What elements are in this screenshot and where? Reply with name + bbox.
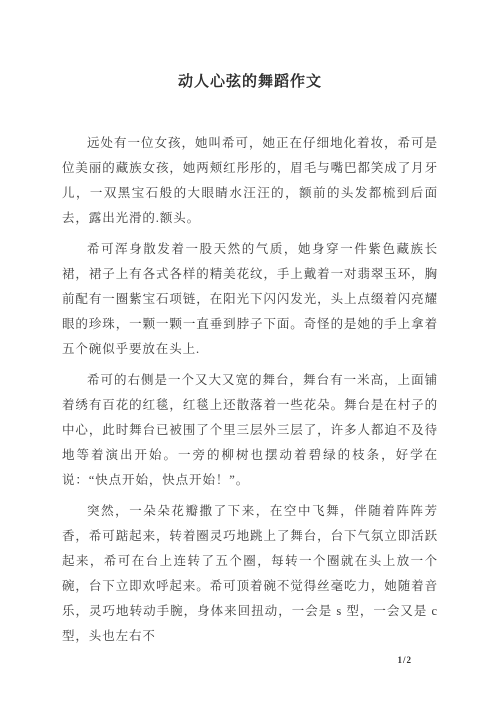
document-page: 动人心弦的舞蹈作文 远处有一位女孩，她叫希可，她正在仔细地化着妆，希可是位美丽的… xyxy=(0,0,500,707)
essay-title: 动人心弦的舞蹈作文 xyxy=(62,70,438,91)
essay-paragraph: 希可浑身散发着一股天然的气质，她身穿一件紫色藏族长裙，裙子上有各式各样的精美花纹… xyxy=(62,237,438,362)
essay-paragraph: 希可的右侧是一个又大又宽的舞台，舞台有一米高，上面铺着绣有百花的红毯，红毯上还散… xyxy=(62,368,438,493)
essay-paragraph: 突然，一朵朵花瓣撒了下来，在空中飞舞，伴随着阵阵芳香，希可踮起来，转着圈灵巧地跳… xyxy=(62,499,438,649)
page-content: 动人心弦的舞蹈作文 远处有一位女孩，她叫希可，她正在仔细地化着妆，希可是位美丽的… xyxy=(0,0,500,649)
essay-body: 远处有一位女孩，她叫希可，她正在仔细地化着妆，希可是位美丽的藏族女孩，她两颊红彤… xyxy=(62,131,438,649)
essay-paragraph: 远处有一位女孩，她叫希可，她正在仔细地化着妆，希可是位美丽的藏族女孩，她两颊红彤… xyxy=(62,131,438,231)
page-indicator: 1/2 xyxy=(397,655,412,665)
